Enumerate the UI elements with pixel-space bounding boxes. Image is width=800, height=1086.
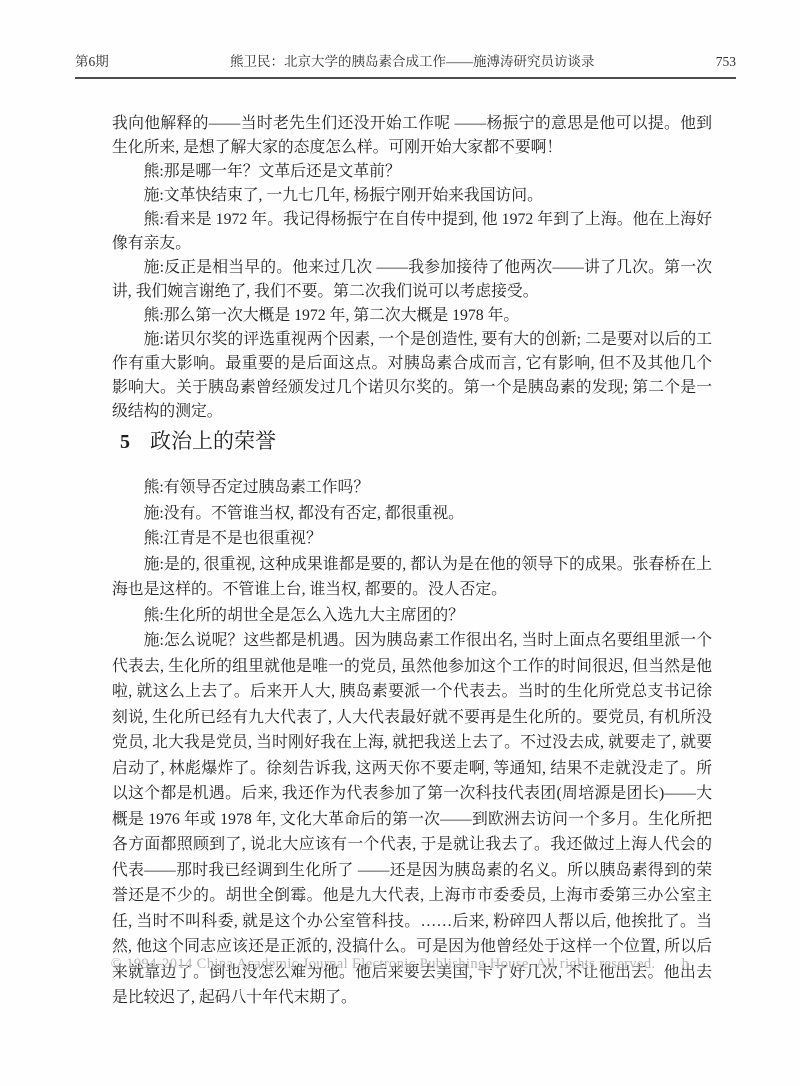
- paragraph: 熊:有领导否定过胰岛素工作吗？: [112, 475, 712, 501]
- paragraph: 熊:江青是不是也很重视？: [112, 526, 712, 552]
- copyright-footer: © 1994-2014 China Academic Journal Elect…: [0, 956, 800, 973]
- paragraph: 施:反正是相当早的。他来过几次 ——我参加接待了他两次——讲了几次。第一次讲, …: [112, 256, 712, 304]
- paragraph: 施:是的, 很重视, 这种成果谁都是要的, 都认为是在他的领导下的成果。张春桥在…: [112, 552, 712, 603]
- dialog-section-top: 我向他解释的——当时老先生们还没开始工作呢 ——杨振宁的意思是他可以提。他到生化…: [112, 112, 712, 424]
- paragraph: 施:文革快结束了, 一九七几年, 杨振宁刚开始来我国访问。: [112, 184, 712, 208]
- page-number: 753: [716, 54, 736, 70]
- journal-page: 第6期 熊卫民：北京大学的胰岛素合成工作——施溥涛研究员访谈录 753 我向他解…: [0, 0, 800, 1086]
- issue-number: 第6期: [75, 50, 109, 70]
- running-head: 第6期 熊卫民：北京大学的胰岛素合成工作——施溥涛研究员访谈录 753: [75, 50, 736, 79]
- paragraph: 施:诺贝尔奖的评选重视两个因素, 一个是创造性, 要有大的创新; 二是要对以后的…: [112, 328, 712, 424]
- section-number: 5: [120, 429, 130, 455]
- paragraph: 施:没有。不管谁当权, 都没有否定, 都很重视。: [112, 501, 712, 527]
- paragraph: 熊:那么第一次大概是 1972 年, 第二次大概是 1978 年。: [112, 304, 712, 328]
- article-body: 我向他解释的——当时老先生们还没开始工作呢 ——杨振宁的意思是他可以提。他到生化…: [112, 112, 712, 1011]
- paragraph: 熊:生化所的胡世全是怎么入选九大主席团的？: [112, 603, 712, 629]
- footer-suffix: h: [682, 956, 690, 972]
- paragraph: 施:怎么说呢？这些都是机遇。因为胰岛素工作很出名, 当时上面点名要组里派一个代表…: [112, 628, 712, 1011]
- copyright-text: © 1994-2014 China Academic Journal Elect…: [111, 956, 656, 972]
- paragraph: 我向他解释的——当时老先生们还没开始工作呢 ——杨振宁的意思是他可以提。他到生化…: [112, 112, 712, 160]
- dialog-section-bottom: 熊:有领导否定过胰岛素工作吗？ 施:没有。不管谁当权, 都没有否定, 都很重视。…: [112, 475, 712, 1011]
- section-heading: 5 政治上的荣誉: [120, 428, 712, 455]
- article-title: 熊卫民：北京大学的胰岛素合成工作——施溥涛研究员访谈录: [109, 50, 716, 70]
- paragraph: 熊:那是哪一年？文革后还是文革前？: [112, 160, 712, 184]
- section-title: 政治上的荣誉: [150, 428, 276, 454]
- paragraph: 熊:看来是 1972 年。我记得杨振宁在自传中提到, 他 1972 年到了上海。…: [112, 208, 712, 256]
